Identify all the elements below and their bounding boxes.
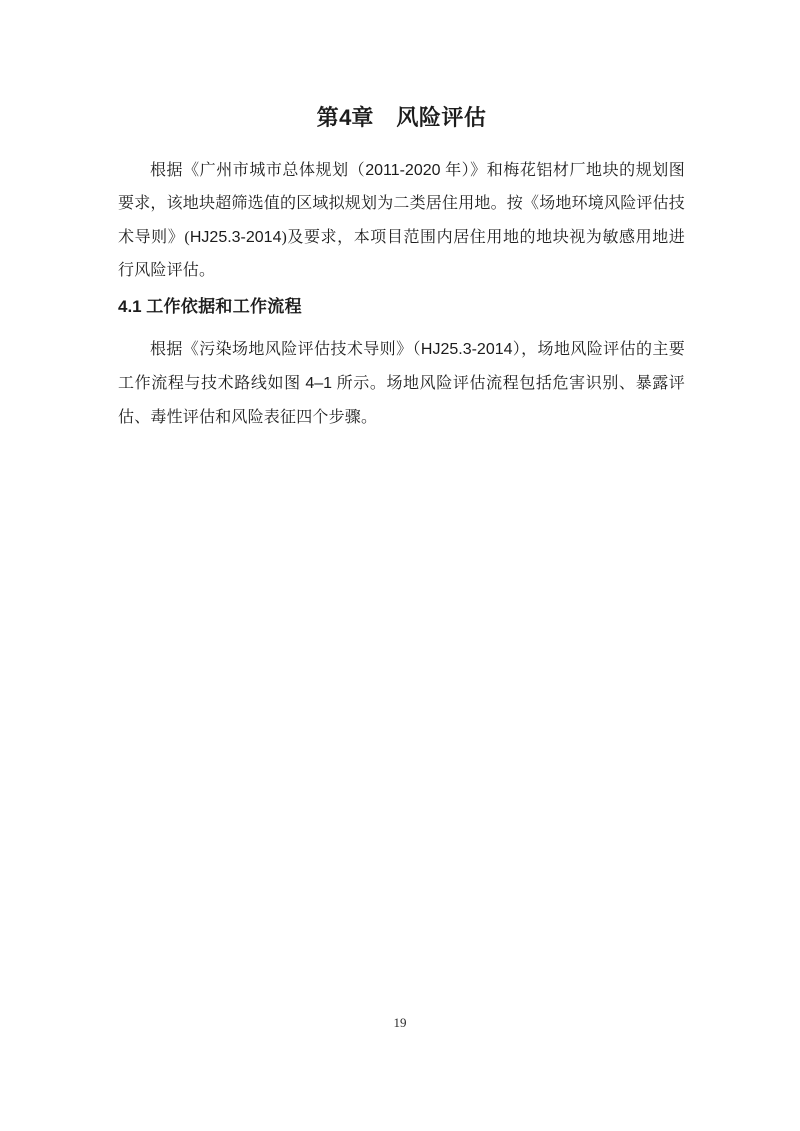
section-4-1-paragraph: 根据《污染场地风险评估技术导则》（HJ25.3-2014），场地风险评估的主要工… [118,333,685,434]
page-content: 第4章 风险评估 根据《广州市城市总体规划（2011-2020 年）》和梅花铝材… [118,0,685,434]
section-4-1-heading: 4.1 工作依据和工作流程 [118,294,685,320]
intro-paragraph: 根据《广州市城市总体规划（2011-2020 年）》和梅花铝材厂地块的规划图要求… [118,154,685,288]
chapter-title: 第4章 风险评估 [118,103,685,133]
page-footer: 19 [0,1014,800,1032]
page-number: 19 [394,1015,407,1030]
document-page: 第4章 风险评估 根据《广州市城市总体规划（2011-2020 年）》和梅花铝材… [0,0,800,1131]
